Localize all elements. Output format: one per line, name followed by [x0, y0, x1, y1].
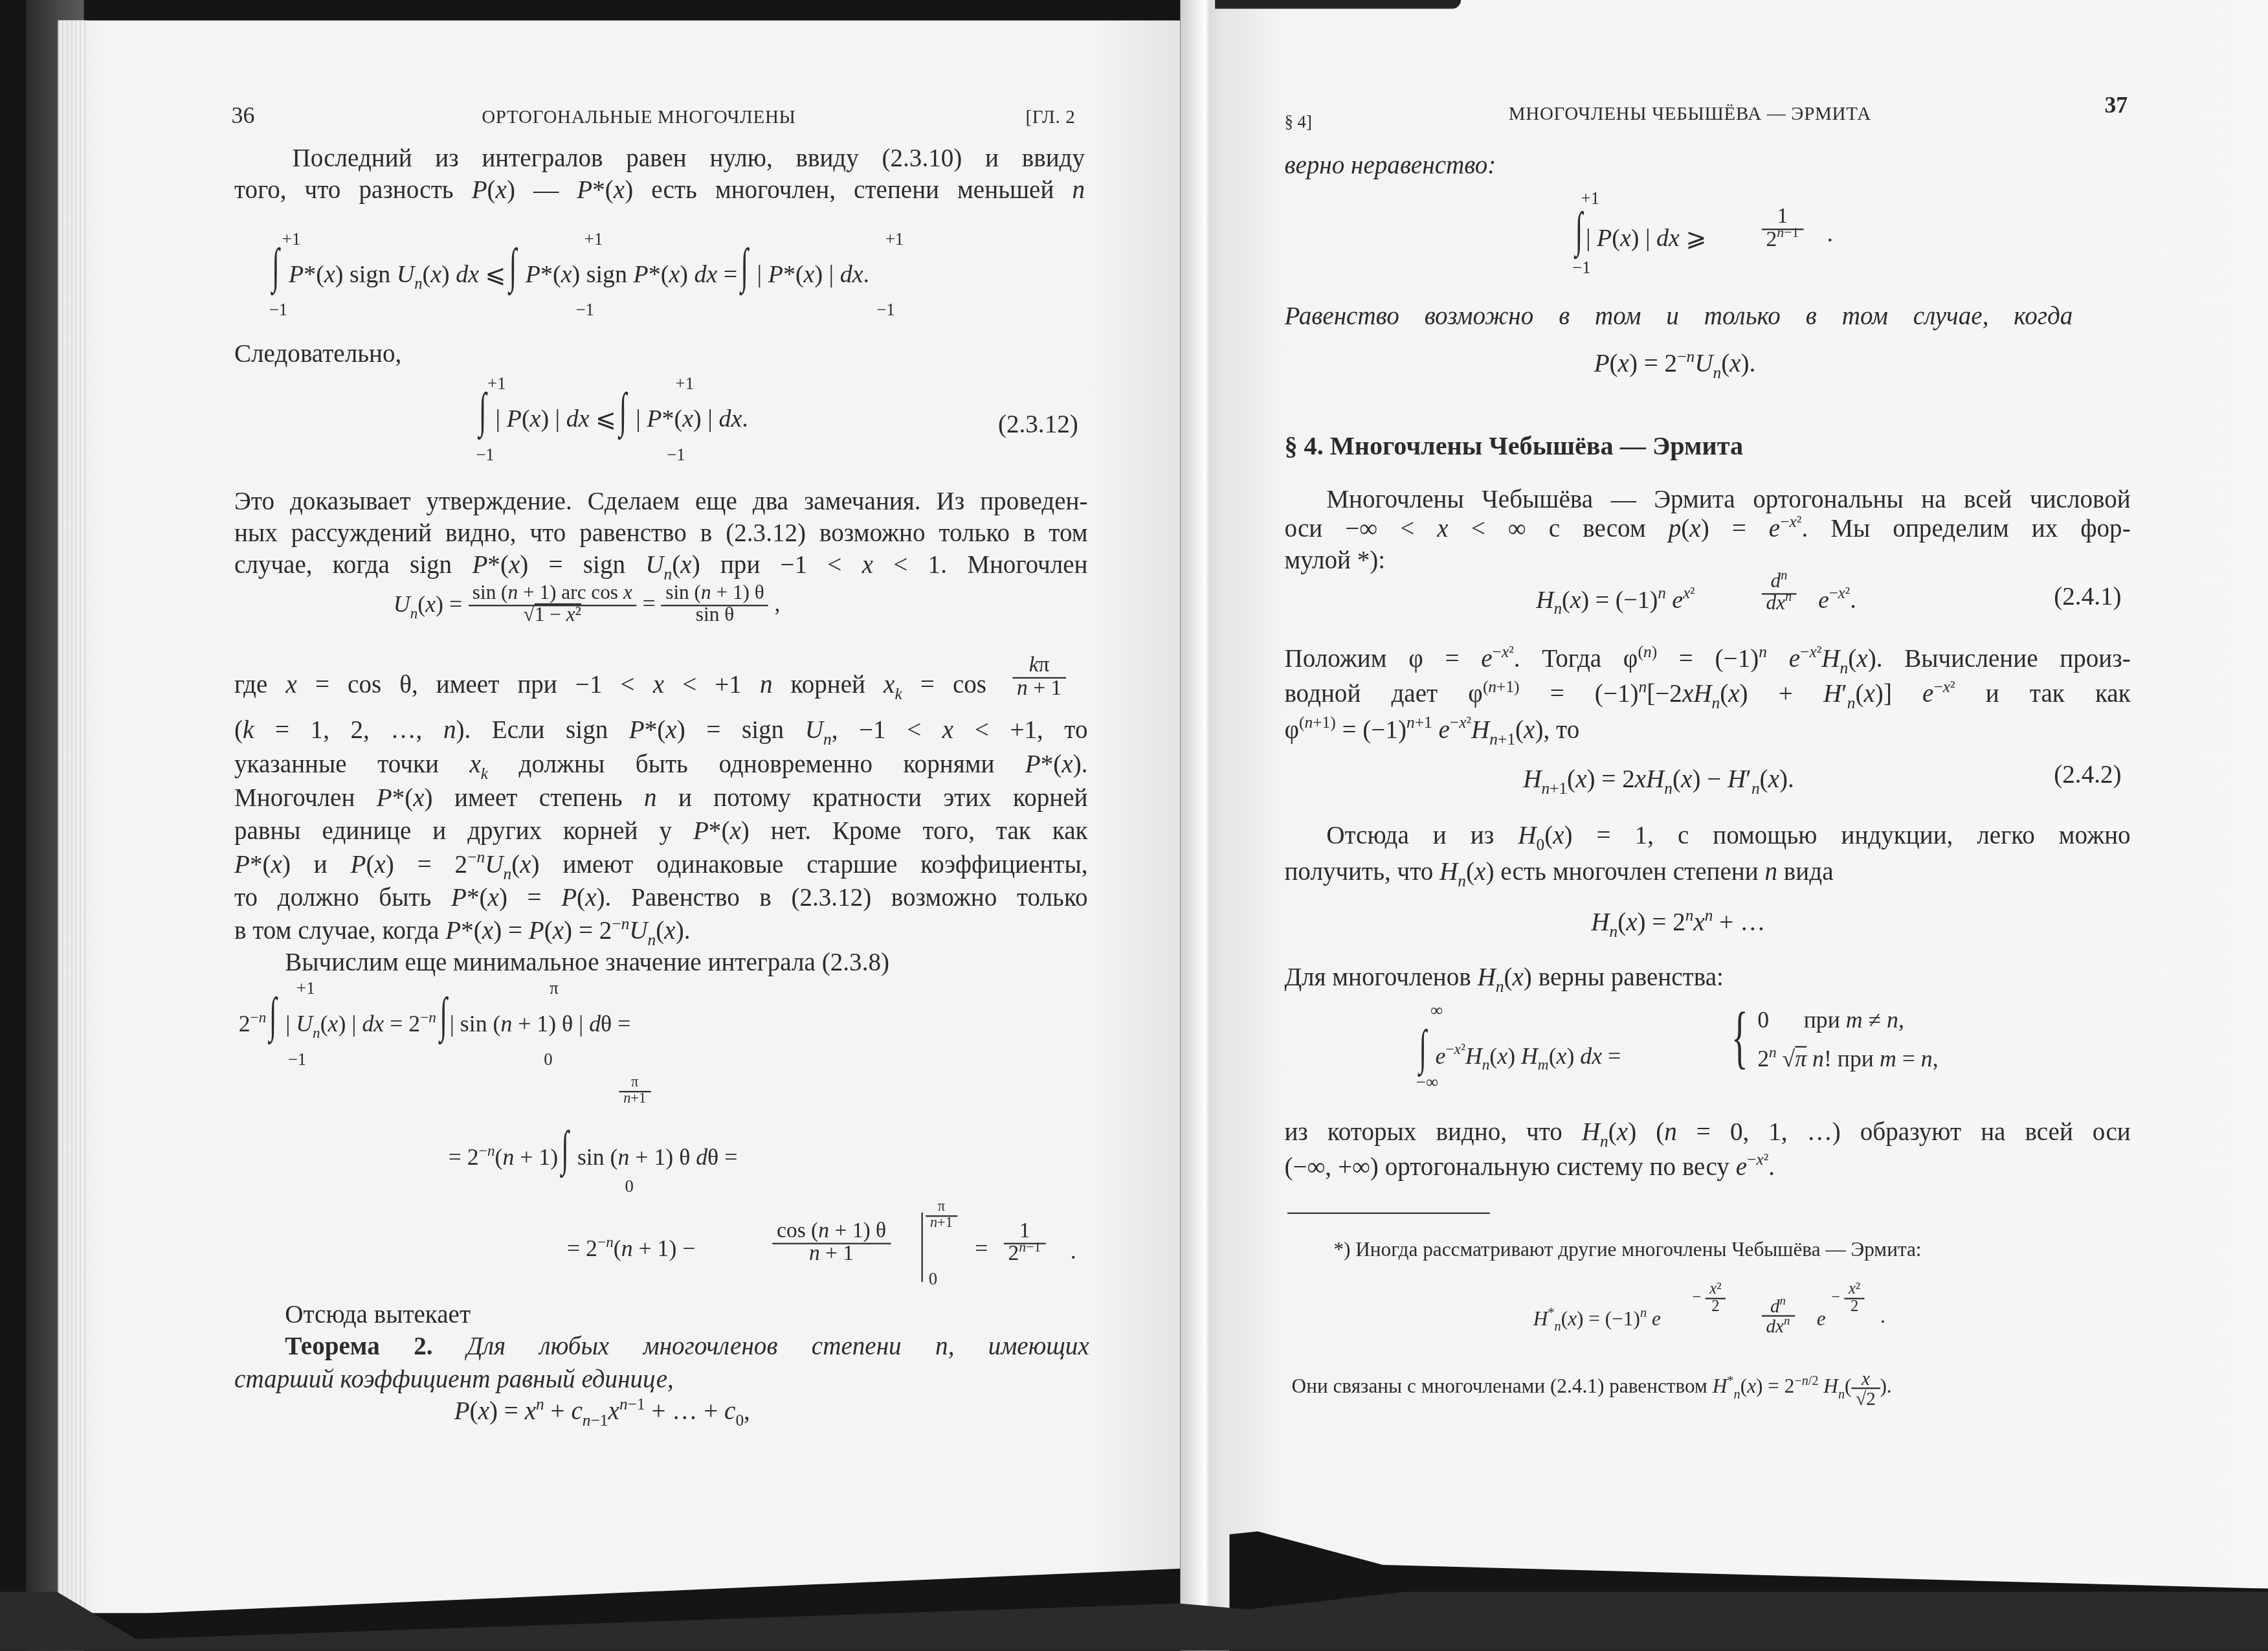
text-line: Для многочленов Hn(x) верны равенства: [1284, 965, 1723, 991]
footnote-line: Они связаны с многочленами (2.4.1) равен… [1292, 1369, 1892, 1408]
text-line: (−∞, +∞) ортогональную систему по весу e… [1284, 1154, 1775, 1180]
text-line: оси −∞ < x < ∞ с весом p(x) = e−x². Мы о… [1284, 517, 2130, 542]
section-ref: § 4] [1284, 113, 1311, 130]
text-line: указанные точки xk должны быть одновреме… [234, 752, 1087, 778]
text-line: (k = 1, 2, …, n). Если sign P*(x) = sign… [234, 717, 1087, 743]
text-line: равны единице и других корней у P*(x) не… [234, 819, 1087, 844]
text-line: водной дает φ(n+1) = (−1)n[−2xHn(x) + H′… [1284, 682, 2130, 707]
text-line: в том случае, когда P*(x) = P(x) = 2−nUn… [234, 919, 691, 944]
text-line: того, что разность P(x) — P*(x) есть мно… [234, 178, 1085, 203]
equation: Un(x) = sin (n + 1) arc cos x√1 − x² = s… [394, 585, 781, 627]
footnote-divider [1287, 1213, 1490, 1215]
text-line: Отсюда и из H0(x) = 1, с помощью индукци… [1326, 824, 2130, 849]
text-line: ных рассуждений видно, что равенство в (… [234, 521, 1087, 546]
text-line: Положим φ = e−x². Тогда φ(n) = (−1)n e−x… [1284, 647, 2130, 672]
theorem-line: старший коэффициент равный единице, [234, 1367, 674, 1393]
theorem-line: Теорема 2. Для любых многочленов степени… [285, 1334, 1089, 1359]
text-line: получить, что Hn(x) есть многочлен степе… [1284, 859, 1833, 884]
book-gutter [1181, 0, 1230, 1651]
book-spread-scan: 36 ОРТОГОНАЛЬНЫЕ МНОГОЧЛЕНЫ [ГЛ. 2 После… [0, 0, 2268, 1651]
text-line: из которых видно, что Hn(x) (n = 0, 1, …… [1284, 1120, 2130, 1145]
page-stack-edges [58, 20, 87, 1613]
equation-label: (2.4.2) [2054, 763, 2121, 788]
text-line: случае, когда sign P*(x) = sign Un(x) пр… [234, 553, 1087, 578]
text-line: верно неравенство: [1284, 153, 1496, 179]
chapter-ref: [ГЛ. 2 [1025, 107, 1075, 126]
text-line: Следовательно, [234, 341, 401, 366]
text-line: Это доказывает утверждение. Сделаем еще … [234, 489, 1087, 514]
equation-label: (2.4.1) [2054, 585, 2121, 610]
text-line: где x = cos θ, имеет при −1 < x < +1 n к… [234, 673, 1087, 698]
text-line: P*(x) и P(x) = 2−nUn(x) имеют одинаковые… [234, 852, 1087, 877]
footnote-line: *) Иногда рассматривают другие многочлен… [1333, 1241, 1921, 1261]
text-line: Отсюда вытекает [285, 1302, 471, 1327]
equation: Hn(x) = 2nxn + … [1591, 910, 1765, 936]
text-line: Многочлены Чебышёва — Эрмита ортогональн… [1326, 488, 2130, 513]
equation: P(x) = xn + cn−1xn−1 + … + c0, [454, 1399, 750, 1424]
text-line: φ(n+1) = (−1)n+1 e−x²Hn+1(x), то [1284, 717, 1579, 743]
page-number: 37 [2104, 95, 2128, 118]
right-page [1227, 0, 2268, 1589]
equation: P(x) = 2−nUn(x). [1594, 352, 1756, 377]
book-cover-corner [1215, 0, 1461, 8]
page-number: 36 [232, 106, 255, 129]
equation-label: (2.3.12) [998, 412, 1078, 438]
text-line: Вычислим еще минимальное значение интегр… [285, 950, 889, 976]
text-line: Многочлен P*(x) имеет степень n и потому… [234, 785, 1087, 811]
running-head: МНОГОЧЛЕНЫ ЧЕБЫШЁВА — ЭРМИТА [1509, 104, 1871, 123]
text-line: Последний из интегралов равен нулю, ввид… [292, 146, 1085, 172]
text-line: то должно быть P*(x) = P(x). Равенство в… [234, 886, 1087, 911]
text-line: мулой *): [1284, 548, 1385, 574]
equation: Hn+1(x) = 2xHn(x) − H′n(x). [1523, 767, 1794, 792]
running-head: ОРТОГОНАЛЬНЫЕ МНОГОЧЛЕНЫ [482, 107, 795, 126]
text-line: Равенство возможно в том и только в том … [1284, 304, 2073, 329]
section-title: § 4. Многочлены Чебышёва — Эрмита [1284, 432, 1743, 458]
